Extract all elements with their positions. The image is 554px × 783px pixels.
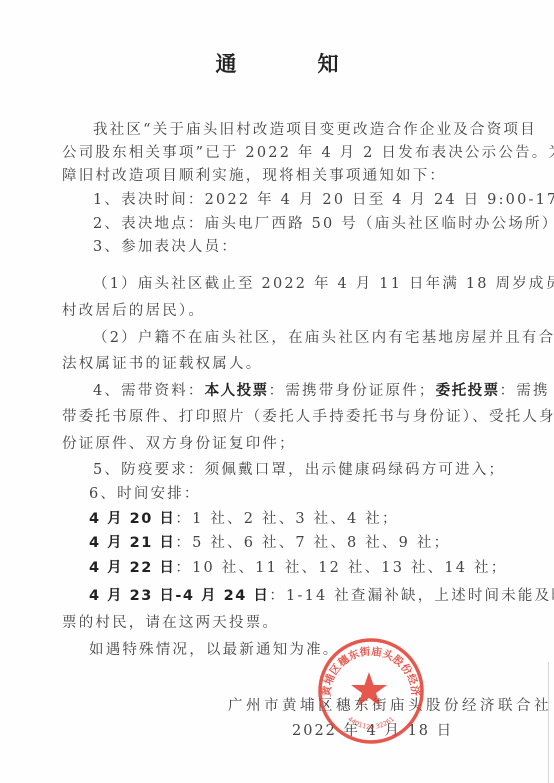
document-title: 通 知 <box>0 48 554 78</box>
scan-edge-line <box>548 662 549 783</box>
schedule-groups: ：5 社、6 社、7 社、8 社、9 社； <box>175 535 450 551</box>
intro-line-2: 公司股东相关事项”已于 2022 年 4 月 2 日发布表决公示公告。为保 <box>62 144 502 162</box>
participants-2-line-2: 法权属证书的证载权属人。 <box>62 355 502 373</box>
materials-line-3: 份证原件、双方身份证复印件； <box>62 435 502 453</box>
schedule-continuation: 票的村民，请在这两天投票。 <box>62 614 502 632</box>
closing-note: 如遇特殊情况，以最新通知为准。 <box>89 641 529 659</box>
item-schedule: 6、时间安排： <box>89 485 529 503</box>
intro-line-1: 我社区“关于庙头旧村改造项目变更改造合作企业及合资项目 <box>93 121 503 139</box>
item-voting-location: 2、表决地点：庙头电厂西路 50 号（庙头社区临时办公场所）; <box>93 215 503 233</box>
schedule-row: 4 月 21 日：5 社、6 社、7 社、8 社、9 社； <box>89 534 529 552</box>
official-seal-icon: 广州市黄埔区穗东街庙头股份经济联合社 4401120 32261 <box>316 636 426 746</box>
participants-1-line-2: 村改居后的居民）。 <box>62 302 502 320</box>
svg-text:4401120 32261: 4401120 32261 <box>346 715 396 731</box>
self-vote-label: 本人投票 <box>205 383 269 399</box>
schedule-date: 4 月 22 日 <box>89 560 175 576</box>
item-participants: 3、参加表决人员： <box>93 238 503 256</box>
proxy-vote-text: ：需携 <box>500 383 550 399</box>
participants-2-line-1: （2）户籍不在庙头社区，在庙头社区内有宅基地房屋并且有合 <box>93 329 503 347</box>
participants-1-line-1: （1）庙头社区截止至 2022 年 4 月 11 日年满 18 周岁成员（含 <box>93 275 503 293</box>
item-epidemic-requirements: 5、防疫要求：须佩戴口罩，出示健康码绿码方可进入； <box>93 461 503 479</box>
schedule-groups: ：10 社、11 社、12 社、13 社、14 社； <box>175 560 507 576</box>
schedule-row: 4 月 20 日：1 社、2 社、3 社、4 社； <box>89 510 529 528</box>
schedule-row: 4 月 23 日-4 月 24 日：1-14 社查漏补缺，上述时间未能及时投 <box>89 587 529 605</box>
schedule-groups: ：1-14 社查漏补缺，上述时间未能及时投 <box>269 588 554 604</box>
intro-line-3: 障旧村改造项目顺利实施，现将相关事项通知如下： <box>62 167 502 185</box>
materials-line-2: 带委托书原件、打印照片（委托人手持委托书与身份证）、受托人身 <box>62 408 502 426</box>
schedule-date: 4 月 23 日-4 月 24 日 <box>89 588 269 604</box>
materials-label: 4、需带资料： <box>93 383 205 399</box>
notice-page: 通 知 我社区“关于庙头旧村改造项目变更改造合作企业及合资项目 公司股东相关事项… <box>0 0 554 783</box>
proxy-vote-label: 委托投票 <box>436 383 500 399</box>
self-vote-text: ：需携带身份证原件； <box>269 383 436 399</box>
schedule-groups: ：1 社、2 社、3 社、4 社； <box>175 511 398 527</box>
schedule-date: 4 月 20 日 <box>89 511 175 527</box>
item-voting-time: 1、表决时间：2022 年 4 月 20 日至 4 月 24 日 9:00-17… <box>93 191 503 209</box>
schedule-date: 4 月 21 日 <box>89 535 175 551</box>
schedule-row: 4 月 22 日：10 社、11 社、12 社、13 社、14 社； <box>89 559 529 577</box>
item-required-materials: 4、需带资料：本人投票：需携带身份证原件；委托投票：需携 <box>93 382 503 400</box>
